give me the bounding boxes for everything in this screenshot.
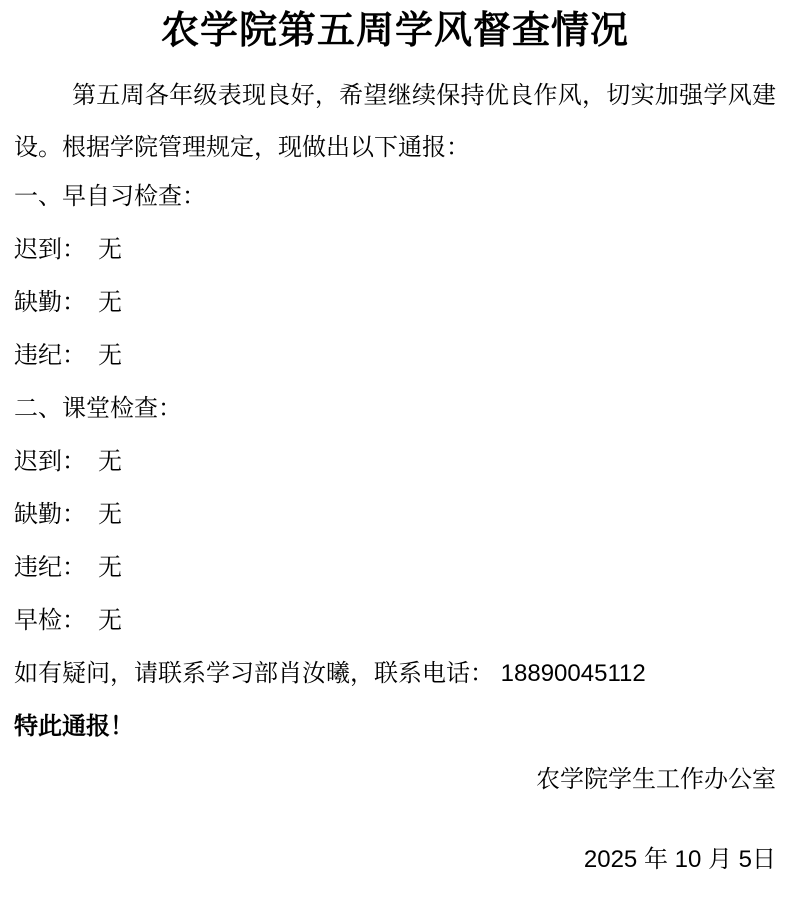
row-value: 无: [98, 607, 122, 634]
row-value: 无: [98, 448, 122, 475]
row-value: 无: [98, 342, 122, 369]
inspection-row-morning-check: 早检：无: [14, 608, 776, 634]
row-value: 无: [98, 554, 122, 581]
row-value: 无: [98, 236, 122, 263]
row-label: 迟到：: [14, 448, 86, 475]
row-label: 迟到：: [14, 236, 86, 263]
row-label: 缺勤：: [14, 501, 86, 528]
section-heading-morning-study: 一、早自习检查：: [14, 184, 776, 210]
row-label: 违纪：: [14, 342, 86, 369]
inspection-row-absent: 缺勤：无: [14, 502, 776, 528]
closing-statement: 特此通报！: [14, 714, 776, 740]
notice-document: 农学院第五周学风督查情况 第五周各年级表现良好，希望继续保持优良作风，切实加强学…: [0, 0, 792, 904]
document-date: 2025 年 10 月 5日: [14, 847, 776, 873]
contact-line: 如有疑问，请联系学习部肖汝曦，联系电话： 18890045112: [14, 661, 776, 687]
row-label: 违纪：: [14, 554, 86, 581]
inspection-row-violation: 违纪：无: [14, 555, 776, 581]
row-value: 无: [98, 289, 122, 316]
row-label: 早检：: [14, 607, 86, 634]
signature-office: 农学院学生工作办公室: [14, 767, 776, 793]
document-title: 农学院第五周学风督查情况: [14, 8, 776, 54]
row-label: 缺勤：: [14, 289, 86, 316]
inspection-row-late: 迟到：无: [14, 237, 776, 263]
inspection-row-late: 迟到：无: [14, 449, 776, 475]
row-value: 无: [98, 501, 122, 528]
inspection-row-absent: 缺勤：无: [14, 290, 776, 316]
inspection-row-violation: 违纪：无: [14, 343, 776, 369]
section-heading-class-inspection: 二、课堂检查：: [14, 396, 776, 422]
intro-paragraph: 第五周各年级表现良好，希望继续保持优良作风，切实加强学风建设。根据学院管理规定，…: [14, 70, 776, 174]
